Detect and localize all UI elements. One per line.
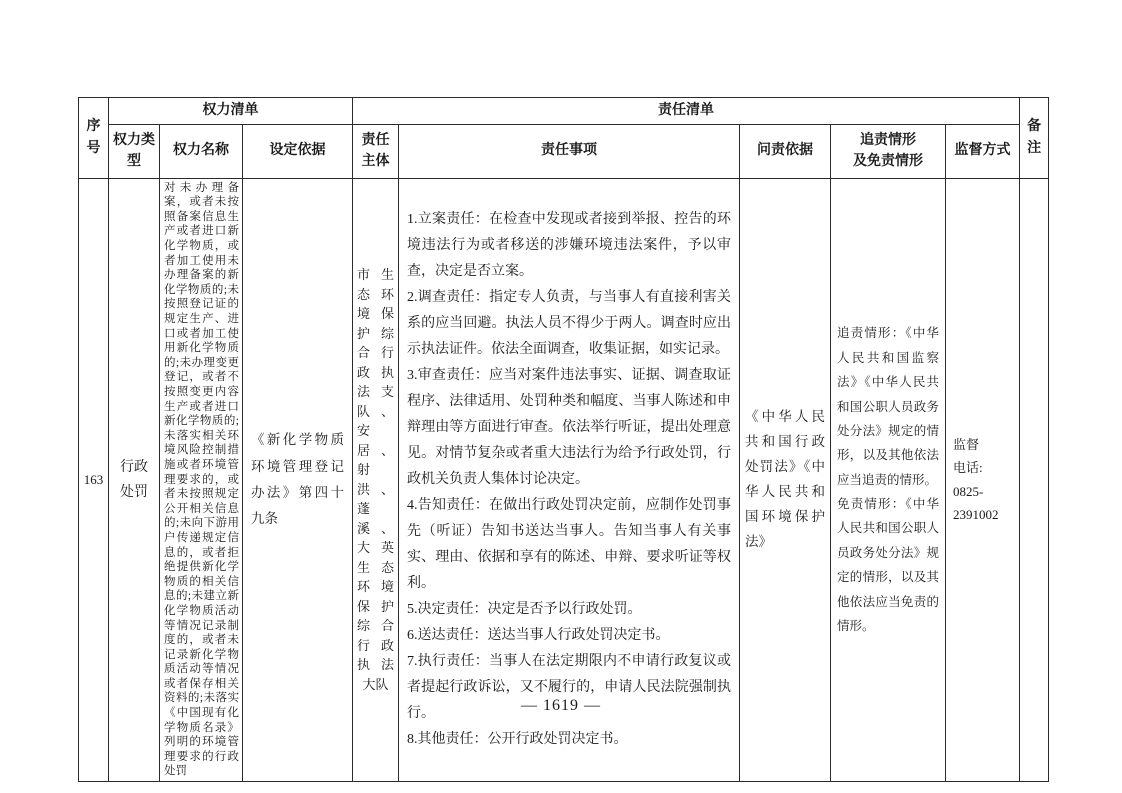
cell-duty-subject: 市生态环境保护综合行政执法支队、安居、射洪、蓬溪、大英生态环境保护综合行政执法大…	[353, 178, 399, 781]
header-ask-basis: 问责依据	[740, 124, 831, 178]
header-setting-basis: 设定依据	[243, 124, 353, 178]
header-power-list: 权力清单	[109, 98, 353, 125]
cell-note	[1020, 178, 1049, 781]
cell-duty-items: 1.立案责任：在检查中发现或者接到举报、控告的环境违法行为或者移送的涉嫌环境违法…	[399, 178, 740, 781]
header-duty-items: 责任事项	[399, 124, 740, 178]
header-pursue-exempt: 追责情形 及免责情形	[831, 124, 946, 178]
header-duty-list: 责任清单	[353, 98, 1020, 125]
header-row-group: 序号 权力清单 责任清单 备注	[79, 98, 1049, 125]
cell-serial-number: 163	[79, 178, 109, 781]
cell-pursue-exempt: 追责情形：《中华人民共和国监察法》《中华人民共和国公职人员政务处分法》规定的情形…	[831, 178, 946, 781]
cell-power-name: 对未办理备案，或者未按照备案信息生产或者进口新化学物质，或者加工使用未办理备案的…	[160, 178, 243, 781]
cell-power-type: 行政处罚	[109, 178, 160, 781]
header-row-sub: 权力类型 权力名称 设定依据 责任主体 责任事项 问责依据 追责情形 及免责情形…	[79, 124, 1049, 178]
cell-ask-basis: 《中华人民共和国行政处罚法》《中华人民共和国环境保护法》	[740, 178, 831, 781]
header-duty-subject: 责任主体	[353, 124, 399, 178]
cell-supervise-phone: 监督 电话: 0825- 2391002	[946, 178, 1020, 781]
cell-setting-basis: 《新化学物质环境管理登记办法》第四十九条	[243, 178, 353, 781]
power-duty-list-table: 序号 权力清单 责任清单 备注 权力类型 权力名称 设定依据 责任主体 责任事项…	[78, 97, 1049, 782]
page-number: — 1619 —	[0, 697, 1122, 715]
header-serial-number: 序号	[79, 98, 109, 179]
header-power-name: 权力名称	[160, 124, 243, 178]
header-power-type: 权力类型	[109, 124, 160, 178]
document-page: { "page": { "page_number": "— 1619 —" },…	[0, 0, 1122, 793]
table-row: 163 行政处罚 对未办理备案，或者未按照备案信息生产或者进口新化学物质，或者加…	[79, 178, 1049, 781]
header-supervise-method: 监督方式	[946, 124, 1020, 178]
header-note: 备注	[1020, 98, 1049, 179]
